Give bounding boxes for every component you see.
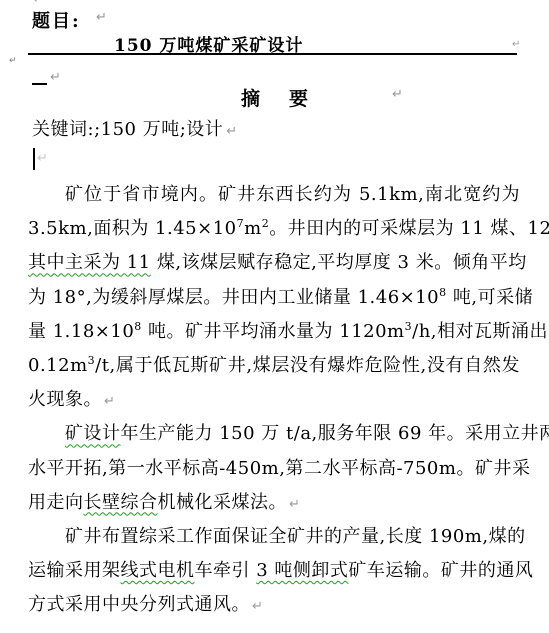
text-segment: 为 18°,为缓斜厚煤层。井田内工业储量 1.46×10 bbox=[28, 287, 439, 308]
body-line: 矿位于省市境内。矿井东西长约为 5.1km,南北宽约为 bbox=[28, 178, 520, 212]
body-line: 矿井布置综采工作面保证全矿井的产量,长度 190m,煤的 bbox=[28, 520, 520, 554]
text-segment: 3.5km,面积为 1.45×10 bbox=[28, 218, 237, 239]
blank-underline-segment bbox=[32, 83, 47, 85]
text-segment: 用走向 bbox=[28, 492, 84, 513]
superscript: 8 bbox=[439, 286, 447, 299]
paragraph-mark-icon: ↵ bbox=[33, 0, 44, 6]
text-segment: 矿车运输。矿井的通风 bbox=[348, 560, 533, 581]
text-segment: 煤,该煤层赋存稳定,平均厚度 3 米。倾角平均 bbox=[151, 252, 527, 273]
body-line: 水平开拓,第一水平标高-450m,第二水平标高-750m。矿井采 bbox=[28, 452, 520, 486]
text-segment: 方式采用中央分列式通风。 bbox=[28, 594, 250, 615]
text-segment: 水平开拓,第一水平标高-450m,第二水平标高-750m。矿井采 bbox=[28, 458, 530, 479]
grammar-squiggle-text: 长壁综合 bbox=[84, 492, 158, 513]
text-segment: m bbox=[244, 218, 262, 239]
text-segment: 火现象。 bbox=[28, 389, 102, 410]
superscript: 7 bbox=[237, 217, 245, 230]
paragraph-mark-icon: ↵ bbox=[104, 394, 115, 409]
paragraph-mark-icon: ↵ bbox=[289, 497, 300, 512]
small-format-mark-icon: ↵ bbox=[9, 56, 17, 66]
text-segment: 吨,可采储 bbox=[447, 287, 533, 308]
text-segment: 机械化采煤法。 bbox=[158, 492, 288, 513]
text-segment: 。井田内的可采煤层为 11 煤、12 煤, bbox=[269, 218, 549, 239]
text-cursor bbox=[33, 148, 35, 170]
text-segment: 年生产能力 150 万 t/a,服务年限 69 年。采用立井两 bbox=[121, 423, 549, 444]
body-line: 运输采用架线式电机车牵引 3 吨侧卸式矿车运输。矿井的通风 bbox=[28, 554, 520, 588]
body-line: 0.12m3/t,属于低瓦斯矿井,煤层没有爆炸危险性,没有自然发 bbox=[28, 349, 520, 383]
text-segment: /t,属于低瓦斯矿井,煤层没有爆炸危险性,没有自然发 bbox=[95, 355, 520, 376]
paragraph-mark-icon: ↵ bbox=[392, 88, 403, 101]
text-segment: 车牵引 bbox=[195, 560, 257, 581]
paragraph-mark-icon: ↵ bbox=[512, 40, 520, 50]
superscript: 8 bbox=[134, 320, 142, 333]
grammar-squiggle-text: 矿设计 bbox=[65, 423, 121, 444]
text-segment: 矿位于省市境内。矿井东西长约为 5.1km,南北宽约为 bbox=[65, 184, 520, 205]
grammar-squiggle-text: 线式电机 bbox=[121, 560, 195, 581]
body-line: 方式采用中央分列式通风。↵ bbox=[28, 588, 520, 622]
body-line: 3.5km,面积为 1.45×107m2。井田内的可采煤层为 11 煤、12 煤… bbox=[28, 212, 520, 246]
text-segment: 吨。矿井平均涌水量为 1120m bbox=[142, 321, 405, 342]
paragraph-mark-icon: ↵ bbox=[96, 11, 107, 24]
text-segment: 0.12m bbox=[28, 355, 88, 376]
body-line: 量 1.18×108 吨。矿井平均涌水量为 1120m3/h,相对瓦斯涌出量 bbox=[28, 315, 520, 349]
body-line: 其中主采为 11 煤,该煤层赋存稳定,平均厚度 3 米。倾角平均 bbox=[28, 246, 520, 280]
text-segment: /h,相对瓦斯涌出量 bbox=[412, 321, 549, 342]
document-page[interactable]: ↵ 题目: ↵ 150 万吨煤矿采矿设计 ↵ ↵ ↵ 摘 要 ↵ 关键词:;15… bbox=[0, 0, 549, 633]
superscript: 3 bbox=[405, 320, 413, 333]
abstract-body: 矿位于省市境内。矿井东西长约为 5.1km,南北宽约为3.5km,面积为 1.4… bbox=[28, 178, 520, 622]
body-line: 为 18°,为缓斜厚煤层。井田内工业储量 1.46×108 吨,可采储 bbox=[28, 281, 520, 315]
grammar-squiggle-text: 3 吨侧卸式 bbox=[256, 560, 348, 581]
document-title: 150 万吨煤矿采矿设计 bbox=[114, 31, 303, 56]
paragraph-mark-icon: ↵ bbox=[50, 71, 61, 84]
text-segment: 矿井布置综采工作面保证全矿井的产量,长度 190m,煤的 bbox=[65, 526, 526, 547]
text-segment: 运输采用架 bbox=[28, 560, 121, 581]
body-line: 用走向长壁综合机械化采煤法。↵ bbox=[28, 486, 520, 520]
keywords-text: 关键词:;150 万吨;设计 bbox=[32, 119, 223, 140]
abstract-heading: 摘 要 bbox=[241, 84, 313, 111]
text-segment: 量 1.18×10 bbox=[28, 321, 134, 342]
body-line: 火现象。↵ bbox=[28, 383, 520, 417]
body-line: 矿设计年生产能力 150 万 t/a,服务年限 69 年。采用立井两 bbox=[28, 417, 520, 451]
keywords-line: 关键词:;150 万吨;设计↵ bbox=[32, 115, 238, 141]
paragraph-mark-icon: ↵ bbox=[252, 599, 263, 614]
grammar-squiggle-text: 其中主采为 11 bbox=[28, 252, 151, 273]
paragraph-mark-icon: ↵ bbox=[37, 152, 48, 165]
paragraph-mark-icon: ↵ bbox=[226, 124, 237, 139]
